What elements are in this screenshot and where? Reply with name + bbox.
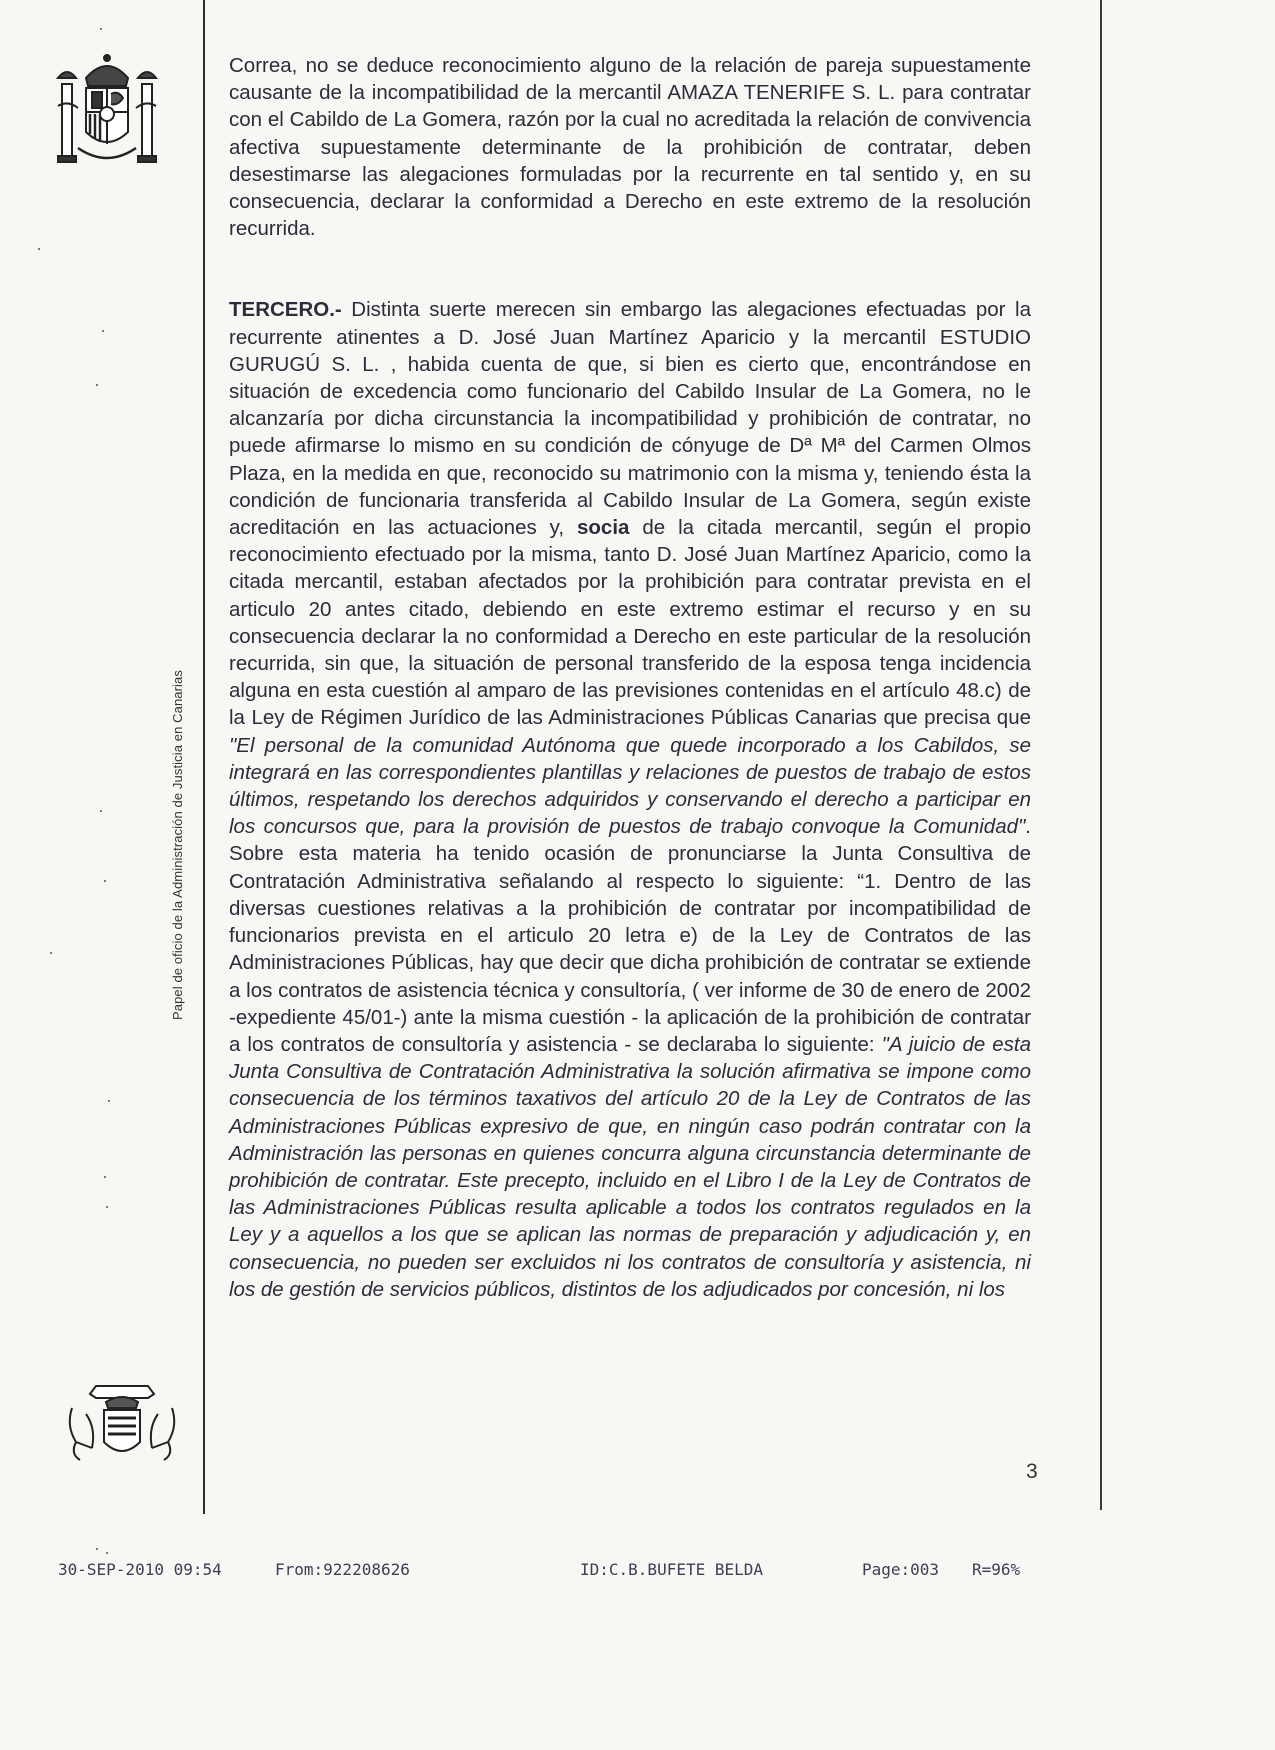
emphasis-socia: socia	[577, 516, 629, 539]
text-segment: Correa, no se deduce reconocimiento algu…	[229, 54, 1031, 240]
text-segment: . Sobre esta materia ha tenido ocasión d…	[229, 815, 1031, 1056]
coat-of-arms-spain-icon	[48, 48, 166, 170]
text-segment: Distinta suerte merecen sin embargo las …	[229, 298, 1031, 539]
legal-quote: "El personal de la comunidad Autónoma qu…	[229, 734, 1031, 839]
fax-resolution: R=96%	[972, 1560, 1020, 1579]
left-margin-rule	[203, 0, 205, 1514]
page-number: 3	[1026, 1460, 1038, 1484]
right-margin-rule	[1100, 0, 1102, 1510]
fax-sender-id: ID:C.B.BUFETE BELDA	[580, 1560, 763, 1579]
section-heading-tercero: TERCERO.-	[229, 298, 342, 321]
paragraph-conclusion-previous: Correa, no se deduce reconocimiento algu…	[229, 52, 1031, 242]
fax-page-number: Page:003	[862, 1560, 939, 1579]
legal-quote: "A juicio de esta Junta Consultiva de Co…	[229, 1033, 1031, 1301]
document-body: Correa, no se deduce reconocimiento algu…	[229, 52, 1031, 1303]
official-paper-notice: Papel de oficio de la Administración de …	[170, 670, 185, 1020]
fax-datetime: 30-SEP-2010 09:54	[58, 1560, 222, 1579]
document-page: Papel de oficio de la Administración de …	[0, 0, 1275, 1750]
fax-from-number: From:922208626	[275, 1560, 410, 1579]
paragraph-tercero: TERCERO.- Distinta suerte merecen sin em…	[229, 296, 1031, 1303]
coat-of-arms-canarias-icon	[62, 1368, 182, 1468]
text-segment: de la citada mercantil, según el propio …	[229, 516, 1031, 729]
